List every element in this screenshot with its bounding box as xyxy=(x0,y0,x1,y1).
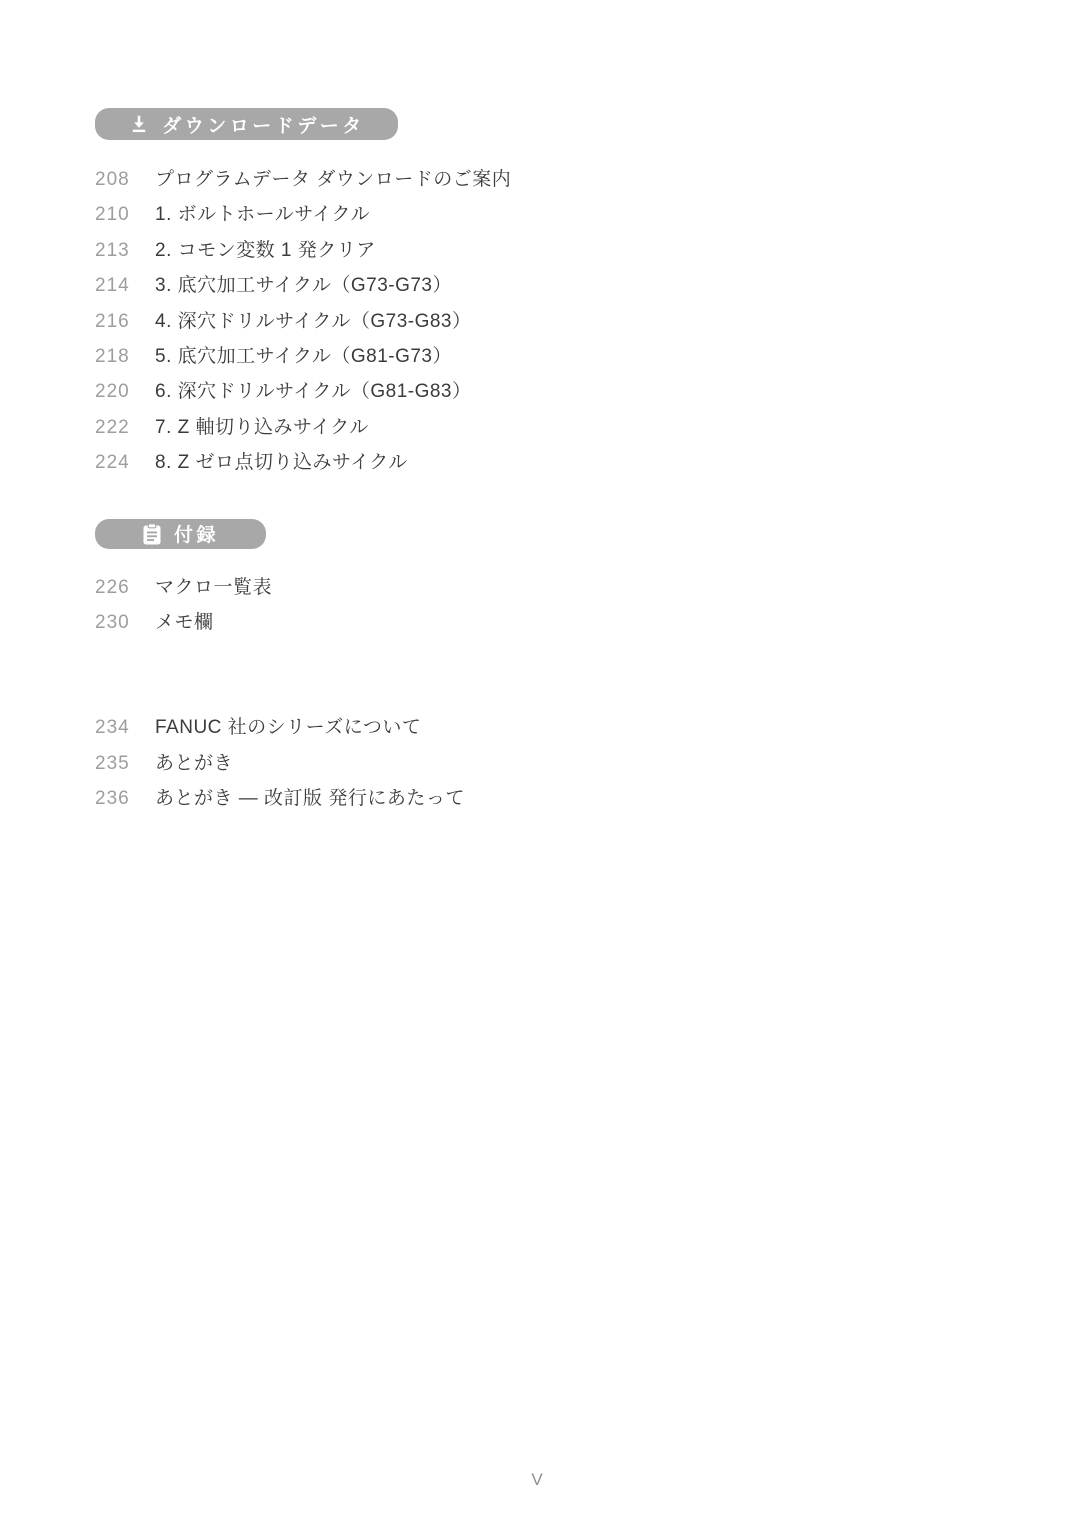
folio-page-number: V xyxy=(0,1470,1075,1490)
page-number: 216 xyxy=(95,304,133,339)
section-badge-download: ダウンロードデータ xyxy=(95,108,398,140)
item-title: 2. コモン変数 1 発クリア xyxy=(155,233,376,268)
page-number: 214 xyxy=(95,268,133,303)
item-title: 7. Z 軸切り込みサイクル xyxy=(155,410,369,445)
item-title: メモ欄 xyxy=(155,605,214,640)
page-number: 230 xyxy=(95,605,133,640)
toc-page: ダウンロードデータ 208 プログラムデータ ダウンロードのご案内 210 1.… xyxy=(0,108,1075,816)
item-title: あとがき ― 改訂版 発行にあたって xyxy=(155,781,465,816)
page-number: 210 xyxy=(95,197,133,232)
page-number: 234 xyxy=(95,710,133,745)
toc-row: 226 マクロ一覧表 xyxy=(95,570,1075,605)
page-number: 226 xyxy=(95,570,133,605)
toc-section-backmatter: 234 FANUC 社のシリーズについて 235 あとがき 236 あとがき ―… xyxy=(95,710,1075,816)
item-title: 3. 底穴加工サイクル（G73-G73） xyxy=(155,268,452,303)
section-badge-appendix: 付録 xyxy=(95,519,266,549)
toc-row: 222 7. Z 軸切り込みサイクル xyxy=(95,410,1075,445)
page-number: 213 xyxy=(95,233,133,268)
toc-row: 218 5. 底穴加工サイクル（G81-G73） xyxy=(95,339,1075,374)
toc-row: 230 メモ欄 xyxy=(95,605,1075,640)
item-title: 5. 底穴加工サイクル（G81-G73） xyxy=(155,339,452,374)
toc-row: 213 2. コモン変数 1 発クリア xyxy=(95,233,1075,268)
toc-section-appendix: 226 マクロ一覧表 230 メモ欄 xyxy=(95,570,1075,641)
item-title: 8. Z ゼロ点切り込みサイクル xyxy=(155,445,408,480)
item-title: 4. 深穴ドリルサイクル（G73-G83） xyxy=(155,304,472,339)
item-title: あとがき xyxy=(155,746,233,781)
clipboard-icon xyxy=(142,523,162,545)
toc-row: 236 あとがき ― 改訂版 発行にあたって xyxy=(95,781,1075,816)
download-icon xyxy=(128,113,150,135)
section-badge-label: ダウンロードデータ xyxy=(162,111,365,138)
toc-row: 210 1. ボルトホールサイクル xyxy=(95,197,1075,232)
page-number: 236 xyxy=(95,781,133,816)
toc-section-download: 208 プログラムデータ ダウンロードのご案内 210 1. ボルトホールサイク… xyxy=(95,162,1075,481)
page-number: 224 xyxy=(95,445,133,480)
toc-row: 208 プログラムデータ ダウンロードのご案内 xyxy=(95,162,1075,197)
toc-row: 235 あとがき xyxy=(95,746,1075,781)
toc-row: 214 3. 底穴加工サイクル（G73-G73） xyxy=(95,268,1075,303)
item-title: 6. 深穴ドリルサイクル（G81-G83） xyxy=(155,374,472,409)
item-title: FANUC 社のシリーズについて xyxy=(155,710,421,745)
item-title: マクロ一覧表 xyxy=(155,570,272,605)
section-badge-label: 付録 xyxy=(174,520,219,547)
toc-row: 216 4. 深穴ドリルサイクル（G73-G83） xyxy=(95,304,1075,339)
page-number: 222 xyxy=(95,410,133,445)
item-title: プログラムデータ ダウンロードのご案内 xyxy=(155,162,511,197)
page-number: 208 xyxy=(95,162,133,197)
page-number: 220 xyxy=(95,374,133,409)
page-number: 218 xyxy=(95,339,133,374)
page-number: 235 xyxy=(95,746,133,781)
toc-row: 224 8. Z ゼロ点切り込みサイクル xyxy=(95,445,1075,480)
toc-row: 220 6. 深穴ドリルサイクル（G81-G83） xyxy=(95,374,1075,409)
toc-row: 234 FANUC 社のシリーズについて xyxy=(95,710,1075,745)
item-title: 1. ボルトホールサイクル xyxy=(155,197,370,232)
